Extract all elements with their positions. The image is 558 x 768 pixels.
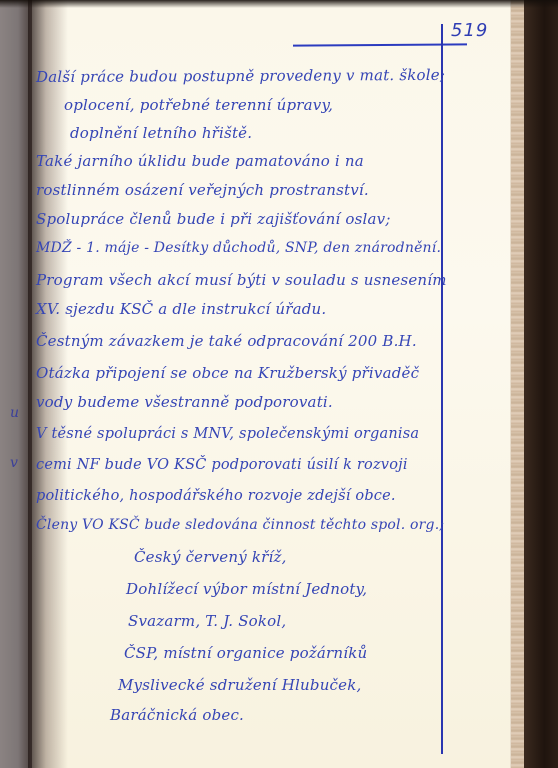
list-item: Dohlížecí výbor místní Jednoty,	[126, 580, 367, 598]
text-line: Otázka připojení se obce na Kružberský p…	[36, 364, 419, 382]
text-line: Také jarního úklidu bude pamatováno i na	[36, 152, 364, 170]
text-line: Spolupráce členů bude i při zajišťování …	[36, 210, 391, 228]
text-line: doplnění letního hřiště.	[70, 124, 252, 142]
list-item: Baráčnická obec.	[110, 706, 244, 724]
text-line: V těsné spolupráci s MNV, společenskými …	[36, 426, 419, 442]
list-item: ČSP, místní organice požárníků	[124, 644, 367, 662]
text-line: vody budeme všestranně podporovati.	[36, 393, 333, 411]
text-line: oplocení, potřebné terenní úpravy,	[64, 96, 333, 114]
text-line: Program všech akcí musí býti v souladu s…	[36, 271, 447, 289]
text-line: Čestným závazkem je také odpracování 200…	[36, 332, 417, 350]
list-item: Svazarm, T. J. Sokol,	[128, 612, 286, 630]
text-line: politického, hospodářského rozvoje zdejš…	[36, 488, 396, 504]
list-item: Český červený kříž,	[134, 548, 287, 566]
text-line: rostlinném osázení veřejných prostranstv…	[36, 181, 369, 199]
text-line: MDŽ - 1. máje - Desítky důchodů, SNP, de…	[36, 240, 441, 256]
list-item: Myslivecké sdružení Hlubuček,	[118, 676, 362, 694]
text-line: XV. sjezdu KSČ a dle instrukcí úřadu.	[36, 300, 326, 318]
text-line: cemi NF bude VO KSČ podporovati úsilí k …	[36, 457, 408, 473]
text-line: Další práce budou postupně provedeny v m…	[36, 66, 445, 86]
chronicle-scan: u v 519 Další práce budou postupně prove…	[0, 0, 558, 768]
handwritten-text-block: Další práce budou postupně provedeny v m…	[0, 0, 558, 768]
text-line: Členy VO KSČ bude sledována činnost těch…	[36, 517, 444, 533]
